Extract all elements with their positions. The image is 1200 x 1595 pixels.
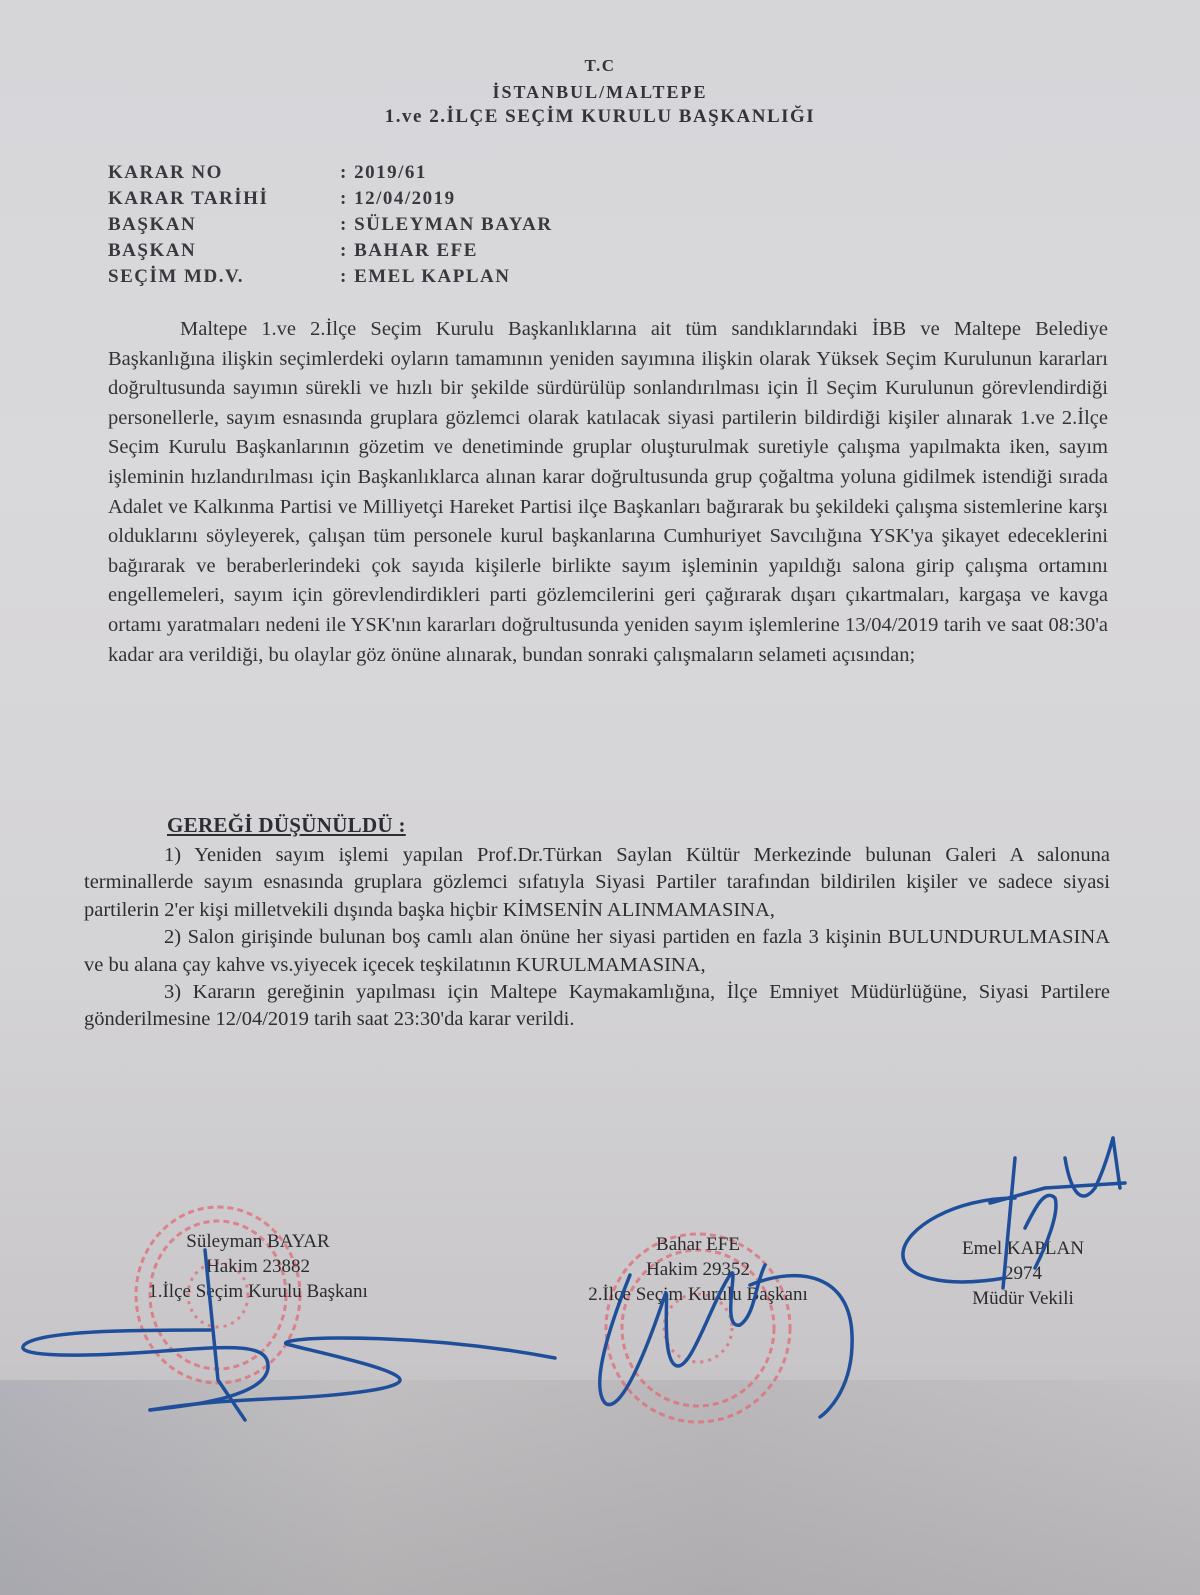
meta-key: KARAR NO: [108, 160, 340, 186]
meta-key: SEÇİM MD.V.: [108, 264, 340, 290]
signature-block-3: Emel KAPLAN 2974 Müdür Vekili: [938, 1236, 1108, 1311]
meta-value: : 2019/61: [340, 160, 427, 186]
meta-key: KARAR TARİHİ: [108, 186, 340, 212]
signer-title: 1.İlçe Seçim Kurulu Başkanı: [108, 1279, 408, 1304]
meta-row-chair-1: BAŞKAN : SÜLEYMAN BAYAR: [108, 212, 553, 238]
signer-title: 2.İlçe Seçim Kurulu Başkanı: [548, 1282, 848, 1307]
signer-id: 2974: [938, 1261, 1108, 1286]
decision-item-3: 3) Kararın gereğinin yapılması için Malt…: [84, 979, 1110, 1034]
meta-row-chair-2: BAŞKAN : BAHAR EFE: [108, 238, 553, 264]
decision-heading: GEREĞİ DÜŞÜNÜLDÜ :: [167, 813, 406, 838]
photo-shadow: [0, 1380, 1200, 1595]
signature-block-2: Bahar EFE Hakim 29352 2.İlçe Seçim Kurul…: [548, 1232, 848, 1307]
meta-value: : SÜLEYMAN BAYAR: [340, 212, 553, 238]
document-page: T.C İSTANBUL/MALTEPE 1.ve 2.İLÇE SEÇİM K…: [0, 0, 1200, 1595]
signer-id: Hakim 29352: [548, 1257, 848, 1282]
decision-item-2: 2) Salon girişinde bulunan boş camlı ala…: [84, 924, 1110, 979]
signature-block-1: Süleyman BAYAR Hakim 23882 1.İlçe Seçim …: [108, 1229, 408, 1304]
signer-name: Emel KAPLAN: [938, 1236, 1108, 1261]
meta-value: : 12/04/2019: [340, 186, 456, 212]
signer-name: Bahar EFE: [548, 1232, 848, 1257]
signer-title: Müdür Vekili: [938, 1286, 1108, 1311]
meta-row-election-manager: SEÇİM MD.V. : EMEL KAPLAN: [108, 264, 553, 290]
signer-name: Süleyman BAYAR: [108, 1229, 408, 1254]
meta-key: BAŞKAN: [108, 212, 340, 238]
decision-items: 1) Yeniden sayım işlemi yapılan Prof.Dr.…: [84, 842, 1110, 1034]
meta-value: : EMEL KAPLAN: [340, 264, 510, 290]
decision-meta: KARAR NO : 2019/61 KARAR TARİHİ : 12/04/…: [108, 160, 553, 290]
header-country: T.C: [0, 56, 1200, 76]
body-paragraph: Maltepe 1.ve 2.İlçe Seçim Kurulu Başkanl…: [108, 315, 1108, 670]
meta-row-decision-date: KARAR TARİHİ : 12/04/2019: [108, 186, 553, 212]
header-location: İSTANBUL/MALTEPE: [0, 82, 1200, 103]
decision-item-1: 1) Yeniden sayım işlemi yapılan Prof.Dr.…: [84, 842, 1110, 924]
signer-id: Hakim 23882: [108, 1254, 408, 1279]
meta-value: : BAHAR EFE: [340, 238, 478, 264]
meta-row-decision-no: KARAR NO : 2019/61: [108, 160, 553, 186]
meta-key: BAŞKAN: [108, 238, 340, 264]
header-institution: 1.ve 2.İLÇE SEÇİM KURULU BAŞKANLIĞI: [0, 106, 1200, 128]
